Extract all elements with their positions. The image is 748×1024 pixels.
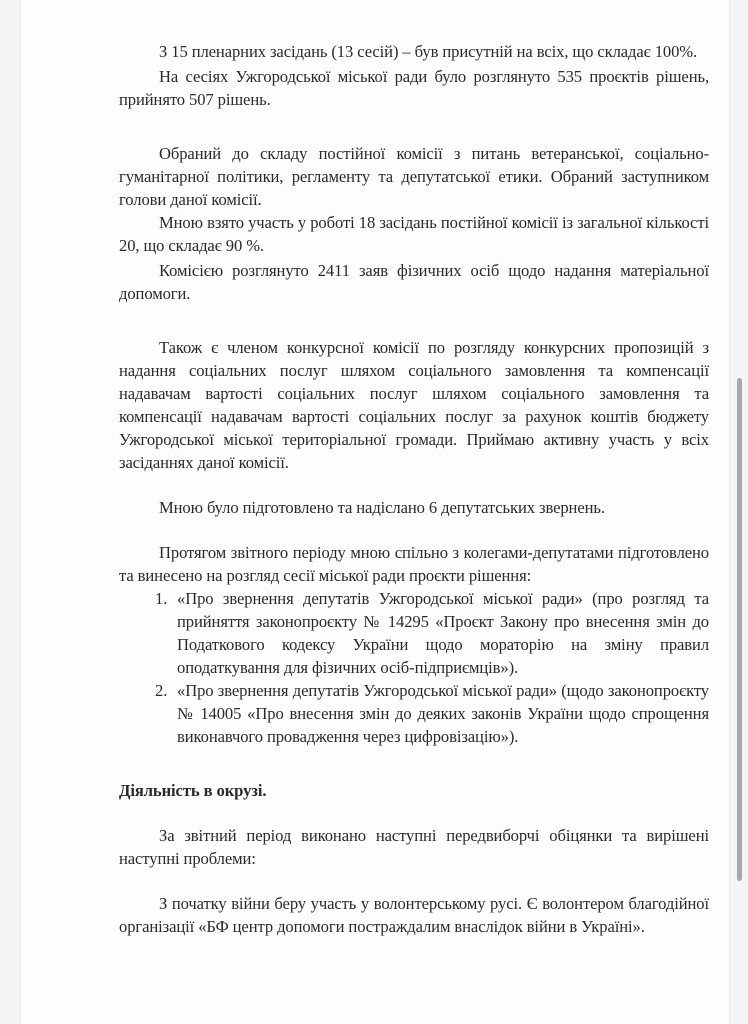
list-item-text: «Про звернення депутатів Ужгородської мі… [177,681,709,746]
paragraph-draft-decisions-intro: Протягом звітного періоду мною спільно з… [119,541,709,587]
paragraph-competition-commission: Також є членом конкурсної комісії по роз… [119,336,709,474]
paragraph-volunteering: З початку війни беру участь у волонтерсь… [119,892,709,938]
paragraph-district-promises: За звітний період виконано наступні пере… [119,824,709,870]
scrollbar-thumb[interactable] [737,378,742,881]
list-item: 1. «Про звернення депутатів Ужгородської… [119,587,709,679]
draft-decisions-list: 1. «Про звернення депутатів Ужгородської… [119,587,709,748]
paragraph-applications-reviewed: Комісією розглянуто 2411 заяв фізичних о… [119,259,709,305]
paragraph-committee-attendance: Мною взято участь у роботі 18 засідань п… [119,211,709,257]
paragraph-plenary-attendance: З 15 пленарних засідань (13 сесій) – був… [119,40,709,63]
list-item-text: «Про звернення депутатів Ужгородської мі… [177,589,709,677]
list-item-number: 1. [155,587,167,610]
list-item-number: 2. [155,679,167,702]
document-viewer: З 15 пленарних засідань (13 сесій) – був… [0,0,748,1024]
document-page: З 15 пленарних засідань (13 сесій) – був… [20,0,730,1024]
list-item: 2. «Про звернення депутатів Ужгородської… [119,679,709,748]
paragraph-session-decisions: На сесіях Ужгородської міської ради було… [119,65,709,111]
paragraph-committee-membership: Обраний до складу постійної комісії з пи… [119,142,709,211]
section-heading-district: Діяльність в окрузі. [119,779,709,802]
paragraph-deputy-appeals: Мною було підготовлено та надіслано 6 де… [119,496,709,519]
page-content: З 15 пленарних засідань (13 сесій) – був… [119,40,709,938]
